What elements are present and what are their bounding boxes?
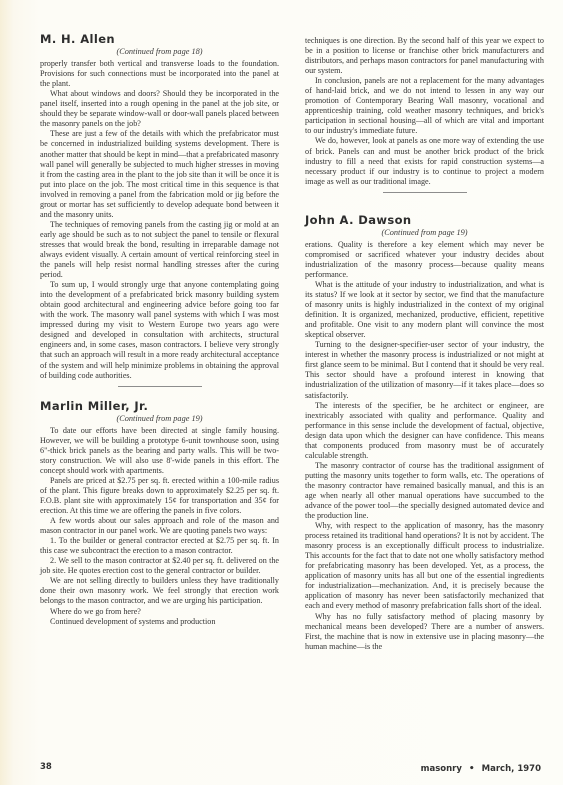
paragraph: erations. Quality is therefore a key ele…	[305, 240, 544, 280]
author-heading: Marlin Miller, Jr.	[40, 401, 279, 411]
paragraph: properly transfer both vertical and tran…	[40, 59, 279, 89]
paragraph: To sum up, I would strongly urge that an…	[40, 280, 279, 380]
article-miller: Marlin Miller, Jr. (Continued from page …	[40, 401, 279, 627]
continued-note: (Continued from page 19)	[305, 228, 544, 238]
paragraph: Panels are priced at $2.75 per sq. ft. e…	[40, 476, 279, 516]
paragraph: Why, with respect to the application of …	[305, 521, 544, 611]
paragraph: A few words about our sales approach and…	[40, 516, 279, 536]
paragraph: Why has no fully satisfactory method of …	[305, 612, 544, 652]
article-allen: M. H. Allen (Continued from page 18) pro…	[40, 34, 279, 387]
paragraph: What is the attitude of your industry to…	[305, 280, 544, 340]
publication-name: masonry	[421, 764, 462, 774]
paragraph: In conclusion, panels are not a replacem…	[305, 76, 544, 136]
author-heading: M. H. Allen	[40, 34, 279, 44]
paragraph: Where do we go from here?	[40, 607, 279, 617]
list-item: 1. To the builder or general contractor …	[40, 536, 279, 556]
issue-date: March, 1970	[482, 764, 541, 774]
continued-note: (Continued from page 18)	[40, 47, 279, 57]
page-number: 38	[40, 762, 52, 772]
paragraph: Turning to the designer-specifier-user s…	[305, 340, 544, 400]
bullet-separator-icon: •	[469, 764, 475, 774]
paragraph: The interests of the specifier, be he ar…	[305, 401, 544, 461]
paragraph: We do, however, look at panels as one mo…	[305, 136, 544, 186]
paragraph: The techniques of removing panels from t…	[40, 220, 279, 280]
paragraph: The masonry contractor of course has the…	[305, 461, 544, 521]
article-dawson: John A. Dawson (Continued from page 19) …	[305, 215, 544, 652]
paragraph: These are just a few of the details with…	[40, 129, 279, 219]
article-miller-continued: techniques is one direction. By the seco…	[305, 36, 544, 193]
magazine-page: M. H. Allen (Continued from page 18) pro…	[0, 0, 563, 785]
paragraph: What about windows and doors? Should the…	[40, 89, 279, 129]
paragraph: To date our efforts have been directed a…	[40, 426, 279, 476]
list-item: 2. We sell to the mason contractor at $2…	[40, 556, 279, 576]
continued-note: (Continued from page 19)	[40, 414, 279, 424]
right-column: techniques is one direction. By the seco…	[305, 36, 544, 652]
author-heading: John A. Dawson	[305, 215, 544, 225]
paragraph: We are not selling directly to builders …	[40, 576, 279, 606]
running-footer: masonry • March, 1970	[421, 764, 541, 774]
left-column: M. H. Allen (Continued from page 18) pro…	[40, 34, 279, 627]
paragraph: techniques is one direction. By the seco…	[305, 36, 544, 76]
paragraph: Continued development of systems and pro…	[40, 617, 279, 627]
